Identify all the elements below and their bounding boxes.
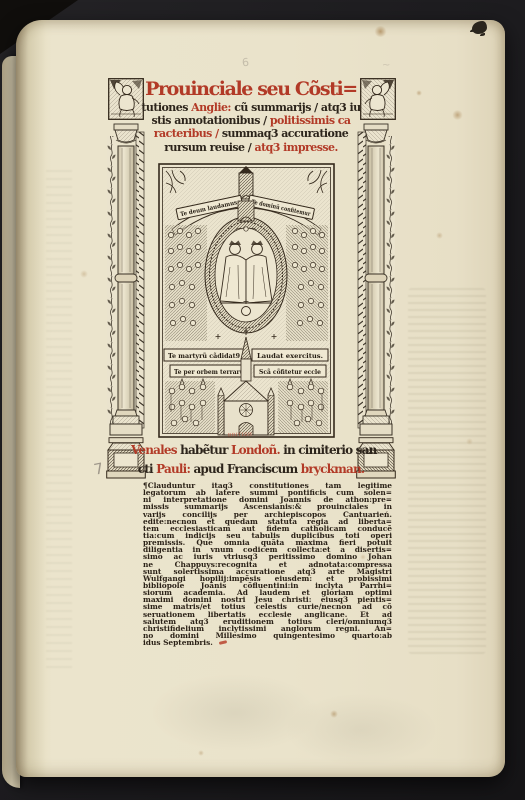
title-block: Prouinciale seu Cõsti= tutiones Anglie: … [136, 78, 366, 154]
pencil-mark-top: 6 [241, 56, 249, 70]
title-line-3: stis annotationibus / politissimis ca [136, 114, 366, 127]
foxing-spot [374, 26, 387, 37]
red-stamp: BRITISH [228, 433, 253, 439]
banner-mid-right: Laudat exercitus. [252, 349, 328, 361]
ink-blot [472, 21, 487, 34]
banner-low-left: Te per orbem terrarũ [170, 365, 248, 377]
imprint-block: Venales habẽtur Londoñ. in cimiterio san… [131, 441, 371, 478]
title-segment: stis annotationibus / [151, 114, 269, 127]
column-left-icon [107, 122, 145, 437]
foxing-spot [436, 232, 443, 239]
imprint-segment: habẽtur [177, 443, 231, 457]
pencil-mark-margin: 7 [92, 459, 105, 479]
title-segment: summaq3 accuratione [219, 127, 349, 140]
title-segment: atq3 impresse. [255, 141, 338, 154]
verso-showthrough-bottom [151, 668, 451, 780]
colophon-paragraph: ¶Clauduntur itaq3 constitutiones tam leg… [143, 482, 392, 646]
title-segment: Prouinciale seu Cõsti= [145, 78, 357, 100]
woodcut-illustration: Te deum laudamus. Te dominũ confitemur [158, 163, 335, 438]
title-segment: Anglie: [191, 101, 231, 114]
title-segment: politissimis ca [270, 114, 351, 127]
title-segment: rursum reuise / [164, 141, 254, 154]
foxing-spot [80, 270, 88, 278]
imprint-segment: Pauli: [156, 462, 190, 476]
imprint-segment: bryckman. [301, 462, 364, 476]
imprint-segment: Londoñ. [231, 443, 280, 457]
verso-showthrough-right [408, 288, 486, 654]
pencil-squiggle: ~ [382, 60, 390, 71]
imprint-segment: apud Franciscum [190, 462, 301, 476]
title-segment: racteribus / [154, 127, 219, 140]
paragraph-line: idus Septembris. [143, 639, 392, 646]
banner-text: Te martyrũ cãdidat9 [168, 353, 240, 360]
imprint-segment: Venales [131, 443, 177, 457]
verso-showthrough-left [46, 170, 72, 670]
title-segment: cũ summarijs / atq3 iu [231, 101, 361, 114]
banner-text: Scã cõfitetur eccle [259, 369, 321, 376]
title-line-4: racteribus / summaq3 accuratione [136, 127, 366, 140]
foxing-spot [452, 110, 463, 120]
banner-low-right: Scã cõfitetur eccle [254, 365, 326, 377]
foxing-spot [416, 90, 422, 96]
banner-text: Te per orbem terrarũ [174, 369, 245, 376]
title-line-2: tutiones Anglie: cũ summarijs / atq3 iu [136, 101, 366, 114]
imprint-segment: in cimiterio san [280, 443, 377, 457]
title-line-5: rursum reuise / atq3 impresse. [136, 141, 366, 154]
imprint-line-2: cti Pauli: apud Franciscum bryckman. [131, 460, 371, 479]
column-right-icon [357, 122, 395, 437]
photo-stage: Prouinciale seu Cõsti= tutiones Anglie: … [0, 0, 525, 800]
title-segment: tutiones [141, 101, 191, 114]
imprint-line-1: Venales habẽtur Londoñ. in cimiterio san [131, 441, 371, 460]
banner-text: Laudat exercitus. [257, 353, 323, 360]
title-line-1: Prouinciale seu Cõsti= [136, 78, 366, 101]
book-page: Prouinciale seu Cõsti= tutiones Anglie: … [16, 20, 505, 777]
imprint-segment: cti [138, 462, 156, 476]
banner-mid-left: Te martyrũ cãdidat9 [164, 349, 244, 361]
